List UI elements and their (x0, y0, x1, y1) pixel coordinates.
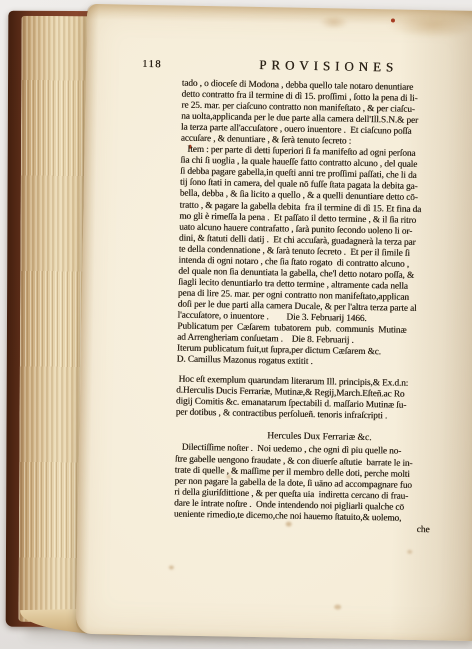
page-content: 118 PROVISIONES tado , o dioceſe di Modo… (174, 56, 471, 537)
foxing-spot (169, 565, 174, 569)
page-header: 118 PROVISIONES (182, 56, 470, 78)
paragraph-block-letter: Dilectiſſime noſter . Noi uedemo , che o… (174, 443, 463, 526)
page-stain (319, 15, 349, 30)
book-page: 118 PROVISIONES tado , o dioceſe di Modo… (76, 4, 472, 641)
page-speck (391, 18, 395, 22)
foxing-spot (334, 604, 341, 609)
photo-backdrop: 118 PROVISIONES tado , o dioceſe di Modo… (0, 0, 472, 649)
folio-number: 118 (142, 59, 162, 70)
page-stain (87, 4, 472, 27)
paragraph-block-exemplum: Hoc eſt exemplum quarundam literarum Ill… (176, 375, 465, 424)
page-stain (387, 11, 472, 39)
running-title: PROVISIONES (182, 56, 472, 77)
paragraph-block-provision: tado , o dioceſe di Modona , debba quell… (177, 79, 470, 371)
foxing-spot (407, 550, 412, 554)
